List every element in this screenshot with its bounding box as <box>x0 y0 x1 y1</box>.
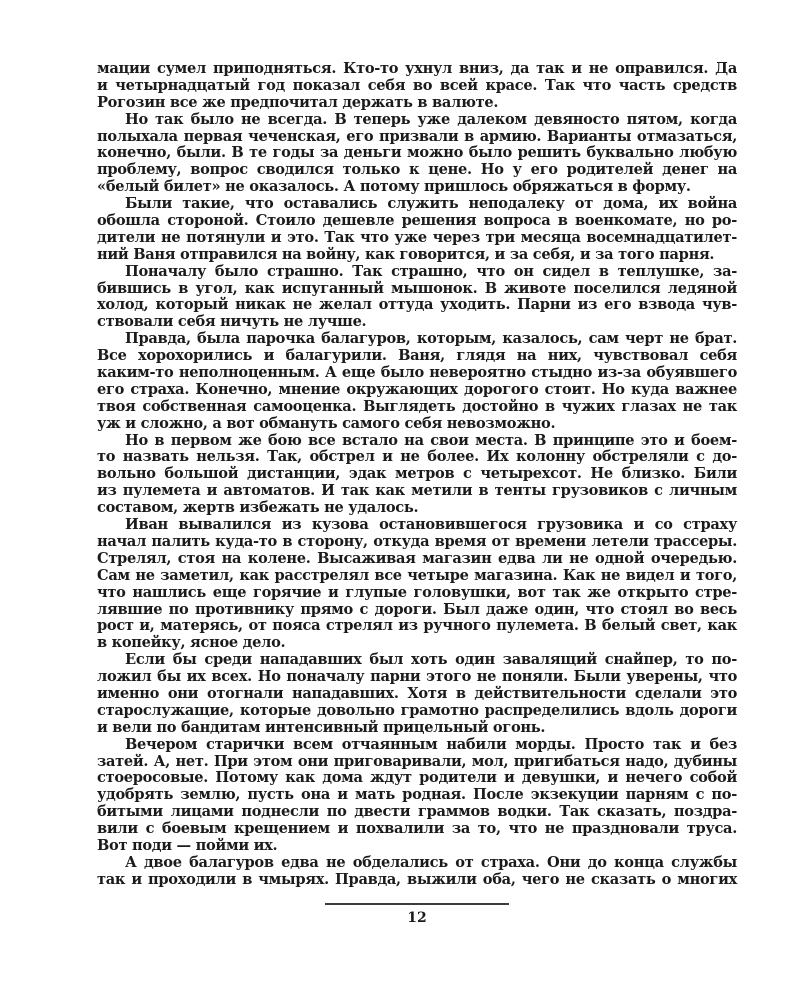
paragraph: мации сумел приподняться. Кто-то ухнул в… <box>97 61 737 112</box>
paragraph: Но в первом же бою все встало на свои ме… <box>97 433 737 517</box>
text-line: мации сумел приподняться. Кто-то ухнул в… <box>97 61 737 78</box>
text-line: холод, который никак не желал оттуда ухо… <box>97 297 737 314</box>
text-line: уж и сложно, а вот обмануть самого себя … <box>97 416 737 433</box>
text-line: проблему, вопрос сводился только к цене.… <box>97 162 737 179</box>
paragraph: Если бы среди нападавших был хоть один з… <box>97 652 737 736</box>
text-line: Рогозин все же предпочитал держать в вал… <box>97 95 737 112</box>
text-line: Иван вывалился из кузова остановившегося… <box>97 517 737 534</box>
text-line: и вели по бандитам интенсивный прицельны… <box>97 720 737 737</box>
paragraph: Иван вывалился из кузова остановившегося… <box>97 517 737 652</box>
text-line: то назвать нельзя. Так, обстрел и не бол… <box>97 449 737 466</box>
text-line: ложил бы их всех. Но поначалу парни этог… <box>97 669 737 686</box>
text-line: Все хорохорились и балагурили. Ваня, гля… <box>97 348 737 365</box>
text-line: удобрять землю, пусть она и мать родная.… <box>97 787 737 804</box>
text-line: А двое балагуров едва не обделались от с… <box>97 855 737 872</box>
page-number: 12 <box>97 911 737 925</box>
footer-rule <box>325 903 509 905</box>
text-line: что нашлись еще горячие и глупые головуш… <box>97 585 737 602</box>
text-line: рост и, матерясь, от пояса стрелял из ру… <box>97 618 737 635</box>
paragraph: А двое балагуров едва не обделались от с… <box>97 855 737 889</box>
paragraph: Были такие, что оставались служить непод… <box>97 196 737 264</box>
text-line: Но так было не всегда. В теперь уже дале… <box>97 112 737 129</box>
text-line: Поначалу было страшно. Так страшно, что … <box>97 264 737 281</box>
text-line: полыхала первая чеченская, его призвали … <box>97 129 737 146</box>
text-line: и четырнадцатый год показал себя во всей… <box>97 78 737 95</box>
text-line: ствовали себя ничуть не лучше. <box>97 314 737 331</box>
text-line: старослужащие, которые довольно грамотно… <box>97 703 737 720</box>
text-line: Стрелял, стоя на колене. Высаживая магаз… <box>97 551 737 568</box>
text-line: Если бы среди нападавших был хоть один з… <box>97 652 737 669</box>
text-line: вили с боевым крещением и похвалили за т… <box>97 821 737 838</box>
text-line: твоя собственная самооценка. Выглядеть д… <box>97 399 737 416</box>
text-line: дители не потянули и это. Так что уже че… <box>97 230 737 247</box>
text-line: конечно, были. В те годы за деньги можно… <box>97 145 737 162</box>
text-line: Но в первом же бою все встало на свои ме… <box>97 433 737 450</box>
text-line: Были такие, что оставались служить непод… <box>97 196 737 213</box>
text-line: Сам не заметил, как расстрелял все четыр… <box>97 568 737 585</box>
text-line: в копейку, ясное дело. <box>97 635 737 652</box>
book-page: мации сумел приподняться. Кто-то ухнул в… <box>0 0 800 1000</box>
paragraph: Вечером старички всем отчаянным набили м… <box>97 737 737 855</box>
text-block: мации сумел приподняться. Кто-то ухнул в… <box>97 61 737 889</box>
text-line: стоеросовые. Потому как дома ждут родите… <box>97 770 737 787</box>
text-line: Вот поди — пойми их. <box>97 838 737 855</box>
text-line: так и проходили в чмырях. Правда, выжили… <box>97 872 737 889</box>
text-line: его страха. Конечно, мнение окружающих д… <box>97 382 737 399</box>
text-line: начал палить куда-то в сторону, откуда в… <box>97 534 737 551</box>
paragraph: Но так было не всегда. В теперь уже дале… <box>97 112 737 196</box>
text-line: бившись в угол, как испуганный мышонок. … <box>97 281 737 298</box>
text-line: ний Ваня отправился на войну, как говори… <box>97 247 737 264</box>
text-line: каким-то неполноценным. А еще было невер… <box>97 365 737 382</box>
paragraph: Поначалу было страшно. Так страшно, что … <box>97 264 737 332</box>
text-line: битыми лицами поднесли по двести граммов… <box>97 804 737 821</box>
text-line: из пулемета и автоматов. И так как метил… <box>97 483 737 500</box>
paragraph: Правда, была парочка балагуров, которым,… <box>97 331 737 432</box>
text-line: обошла стороной. Стоило дешевле решения … <box>97 213 737 230</box>
text-line: Правда, была парочка балагуров, которым,… <box>97 331 737 348</box>
text-line: «белый билет» не оказалось. А потому при… <box>97 179 737 196</box>
page-footer: 12 <box>97 903 737 925</box>
text-line: вольно большой дистанции, эдак метров с … <box>97 466 737 483</box>
text-line: затей. А, нет. При этом они приговаривал… <box>97 754 737 771</box>
text-line: Вечером старички всем отчаянным набили м… <box>97 737 737 754</box>
text-line: лявшие по противнику прямо с дороги. Был… <box>97 602 737 619</box>
text-line: составом, жертв избежать не удалось. <box>97 500 737 517</box>
text-line: именно они отогнали нападавших. Хотя в д… <box>97 686 737 703</box>
